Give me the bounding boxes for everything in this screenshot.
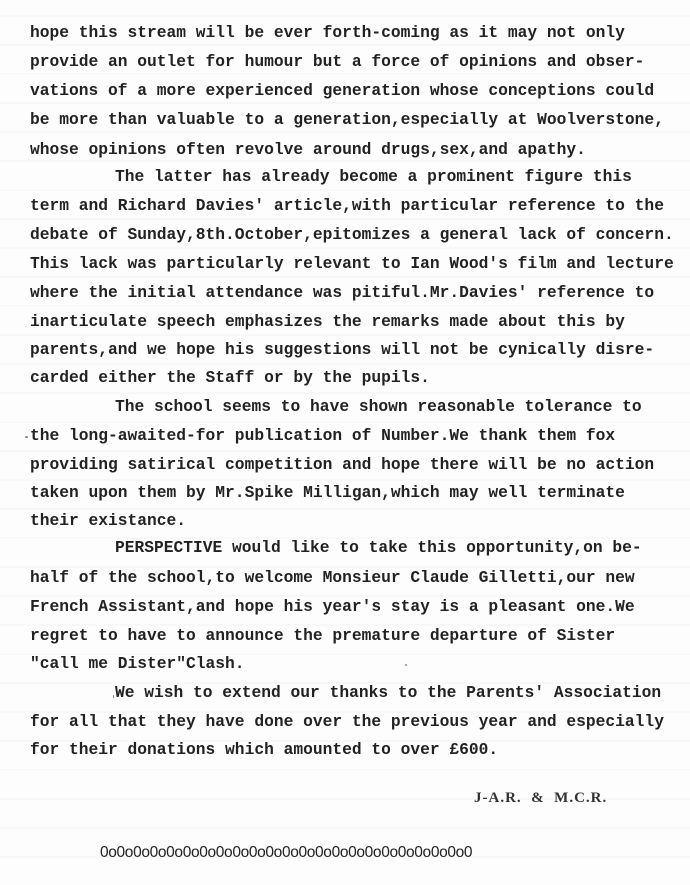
text-line: carded either the Staff or by the pupils…: [30, 368, 430, 388]
text-line: taken upon them by Mr.Spike Milligan,whi…: [30, 483, 625, 503]
text-line: provide an outlet for humour but a force…: [30, 52, 644, 72]
text-line: be more than valuable to a generation,es…: [30, 110, 664, 130]
text-line: their existance.: [30, 511, 186, 531]
text-line: regret to have to announce the premature…: [30, 626, 615, 646]
ink-speck: [25, 436, 28, 438]
text-line: parents,and we hope his suggestions will…: [30, 340, 654, 360]
ink-speck: [113, 695, 114, 698]
text-line: hope this stream will be ever forth-comi…: [30, 23, 625, 43]
ornament-divider: 0o0o0o0o0o0o0o0o0o0o0o0o0o0o0o0o0o0o0o0o…: [100, 844, 472, 862]
text-line: where the initial attendance was pitiful…: [30, 283, 654, 303]
text-line: vations of a more experienced generation…: [30, 81, 654, 101]
text-line: for their donations which amounted to ov…: [30, 740, 498, 760]
text-line: providing satirical competition and hope…: [30, 455, 654, 475]
text-line: We wish to extend our thanks to the Pare…: [115, 683, 661, 703]
typewritten-page: hope this stream will be ever forth-comi…: [0, 0, 690, 885]
text-line: The school seems to have shown reasonabl…: [115, 397, 642, 417]
text-line: inarticulate speech emphasizes the remar…: [30, 312, 625, 332]
text-line: debate of Sunday,8th.October,epitomizes …: [30, 225, 674, 245]
text-line: The latter has already become a prominen…: [115, 167, 632, 187]
text-line: whose opinions often revolve around drug…: [30, 140, 586, 160]
text-line: French Assistant,and hope his year's sta…: [30, 597, 635, 617]
text-line: term and Richard Davies' article,with pa…: [30, 196, 664, 216]
text-line: PERSPECTIVE would like to take this oppo…: [115, 538, 642, 558]
text-line: This lack was particularly relevant to I…: [30, 254, 674, 274]
text-line: the long-awaited-for publication of Numb…: [30, 426, 615, 446]
text-line: "call me Dister"Clash.: [30, 654, 245, 674]
signature: J-A.R. & M.C.R.: [474, 790, 607, 807]
text-line: half of the school,to welcome Monsieur C…: [30, 568, 635, 588]
ink-speck: [405, 664, 407, 666]
text-line: for all that they have done over the pre…: [30, 712, 664, 732]
